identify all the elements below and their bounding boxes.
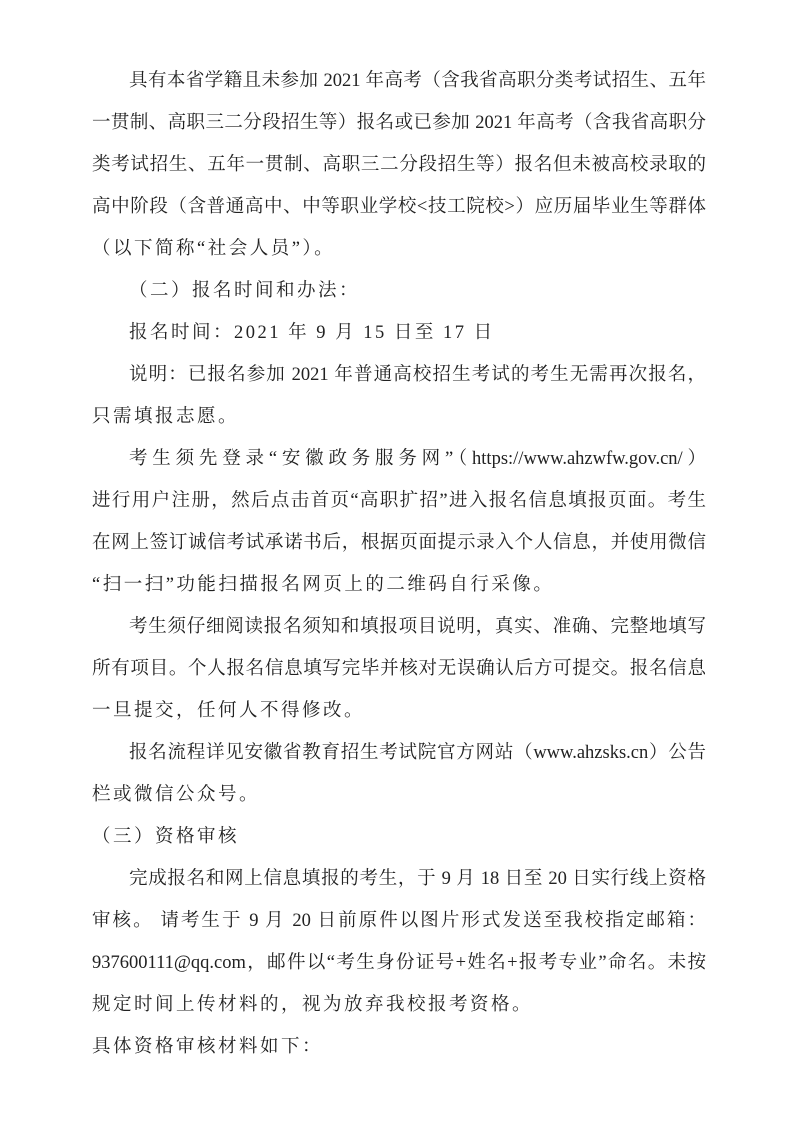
text-line: 栏或微信公众号。 [92, 774, 706, 816]
text-line: 所有项目。个人报名信息填写完毕并核对无误确认后方可提交。报名信息 [92, 648, 706, 690]
text-line: 考生须仔细阅读报名须知和填报项目说明，真实、准确、完整地填写 [92, 606, 706, 648]
text-line: 具有本省学籍且未参加 2021 年高考（含我省高职分类考试招生、五年 [92, 60, 706, 102]
text-line: 进行用户注册，然后点击首页“高职扩招”进入报名信息填报页面。考生 [92, 480, 706, 522]
text-line: 报名时间：2021 年 9 月 15 日至 17 日 [92, 312, 706, 354]
document-body: 具有本省学籍且未参加 2021 年高考（含我省高职分类考试招生、五年一贯制、高职… [92, 60, 706, 1068]
document-page: 具有本省学籍且未参加 2021 年高考（含我省高职分类考试招生、五年一贯制、高职… [0, 0, 793, 1122]
text-line: （二）报名时间和办法： [92, 270, 706, 312]
text-line: 一贯制、高职三二分段招生等）报名或已参加 2021 年高考（含我省高职分 [92, 102, 706, 144]
text-line: 规定时间上传材料的，视为放弃我校报考资格。 [92, 984, 706, 1026]
text-line: 937600111@qq.com，邮件以“考生身份证号+姓名+报考专业”命名。未… [92, 942, 706, 984]
text-line: 考生须先登录“安徽政务服务网”（https://www.ahzwfw.gov.c… [92, 438, 706, 480]
text-line: 一旦提交，任何人不得修改。 [92, 690, 706, 732]
text-line: 审核。 请考生于 9 月 20 日前原件以图片形式发送至我校指定邮箱： [92, 900, 706, 942]
text-line: （以下简称“社会人员”）。 [92, 228, 706, 270]
text-line: 高中阶段（含普通高中、中等职业学校<技工院校>）应历届毕业生等群体 [92, 186, 706, 228]
text-line: 只需填报志愿。 [92, 396, 706, 438]
text-line: 说明：已报名参加 2021 年普通高校招生考试的考生无需再次报名， [92, 354, 706, 396]
text-line: 完成报名和网上信息填报的考生，于 9 月 18 日至 20 日实行线上资格 [92, 858, 706, 900]
text-line: 在网上签订诚信考试承诺书后，根据页面提示录入个人信息，并使用微信 [92, 522, 706, 564]
text-line: （三）资格审核 [92, 816, 706, 858]
text-line: 具体资格审核材料如下： [92, 1026, 706, 1068]
text-line: 报名流程详见安徽省教育招生考试院官方网站（www.ahzsks.cn）公告 [92, 732, 706, 774]
text-line: “扫一扫”功能扫描报名网页上的二维码自行采像。 [92, 564, 706, 606]
text-line: 类考试招生、五年一贯制、高职三二分段招生等）报名但未被高校录取的 [92, 144, 706, 186]
